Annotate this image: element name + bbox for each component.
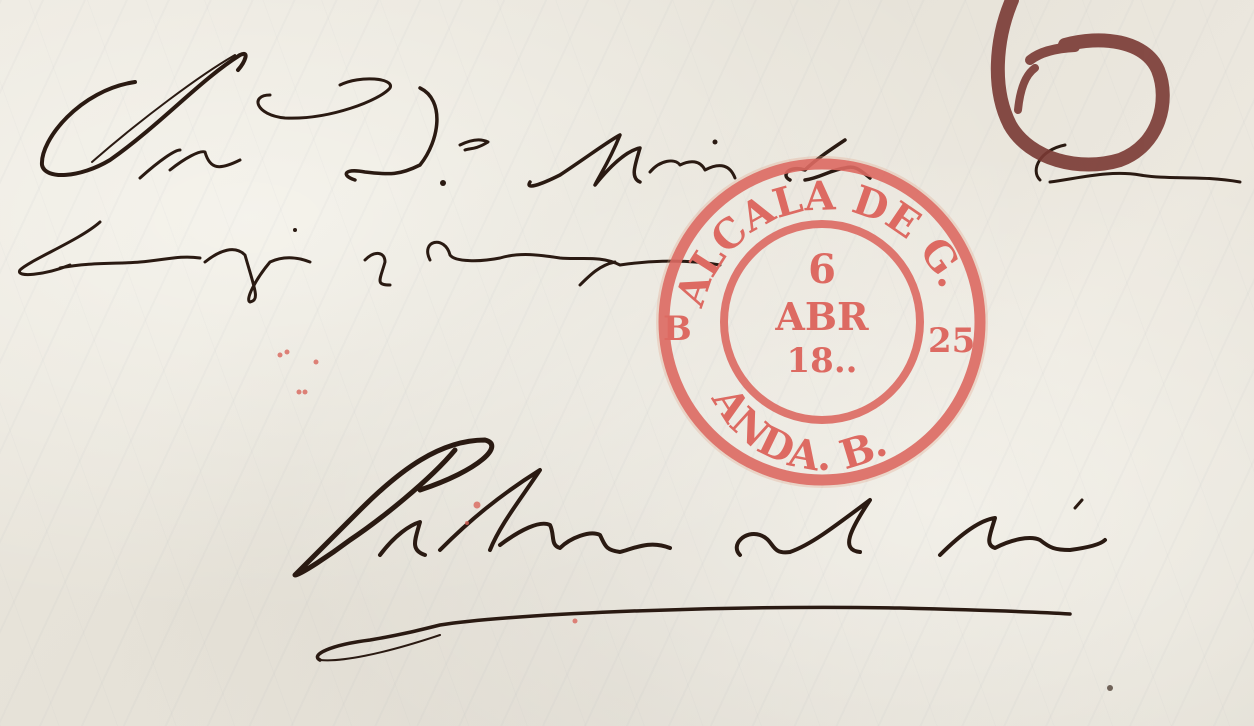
ink-specks [0, 0, 1254, 726]
postal-cover: ALCALA DE G. ANDA. B. B 25 6 ABR 18.. Sr… [0, 0, 1254, 726]
